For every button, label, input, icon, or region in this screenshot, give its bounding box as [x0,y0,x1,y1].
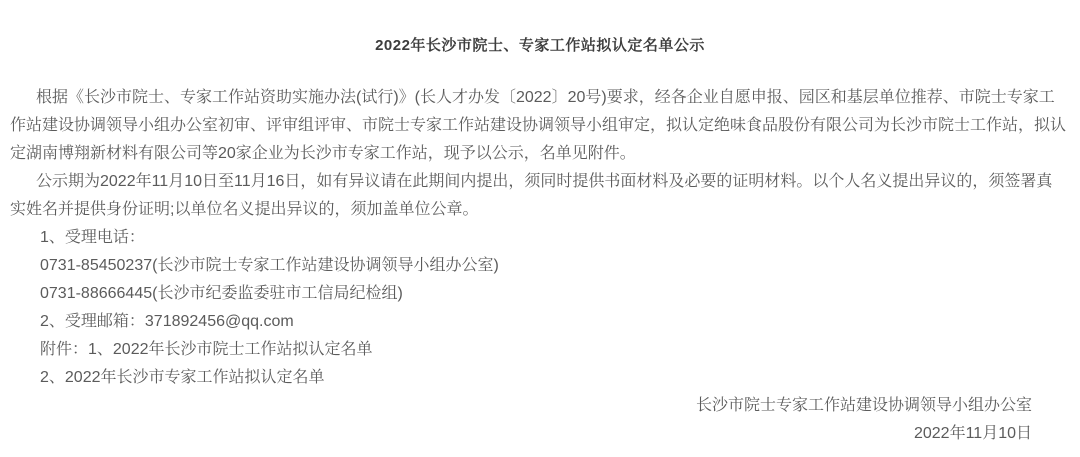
announcement-body: 根据《长沙市院士、专家工作站资助实施办法(试行)》(长人才办发〔2022〕20号… [0,84,1080,448]
line-attachment-2: 2、2022年长沙市专家工作站拟认定名单 [10,364,1066,392]
signature-date: 2022年11月10日 [10,420,1032,448]
signature-block: 长沙市院士专家工作站建设协调领导小组办公室 2022年11月10日 [10,392,1066,448]
paragraph-objection: 公示期为2022年11月10日至11月16日，如有异议请在此期间内提出，须同时提… [10,168,1066,224]
signature-issuer: 长沙市院士专家工作站建设协调领导小组办公室 [10,392,1032,420]
paragraph-intro: 根据《长沙市院士、专家工作站资助实施办法(试行)》(长人才办发〔2022〕20号… [10,84,1066,168]
line-phone-2: 0731-88666445(长沙市纪委监委驻市工信局纪检组) [10,280,1066,308]
line-phone-label: 1、受理电话： [10,224,1066,252]
line-attachment-1: 附件：1、2022年长沙市院士工作站拟认定名单 [10,336,1066,364]
line-phone-1: 0731-85450237(长沙市院士专家工作站建设协调领导小组办公室) [10,252,1066,280]
announcement-title: 2022年长沙市院士、专家工作站拟认定名单公示 [0,36,1080,56]
line-email: 2、受理邮箱：371892456@qq.com [10,308,1066,336]
announcement-document: 2022年长沙市院士、专家工作站拟认定名单公示 根据《长沙市院士、专家工作站资助… [0,0,1080,457]
